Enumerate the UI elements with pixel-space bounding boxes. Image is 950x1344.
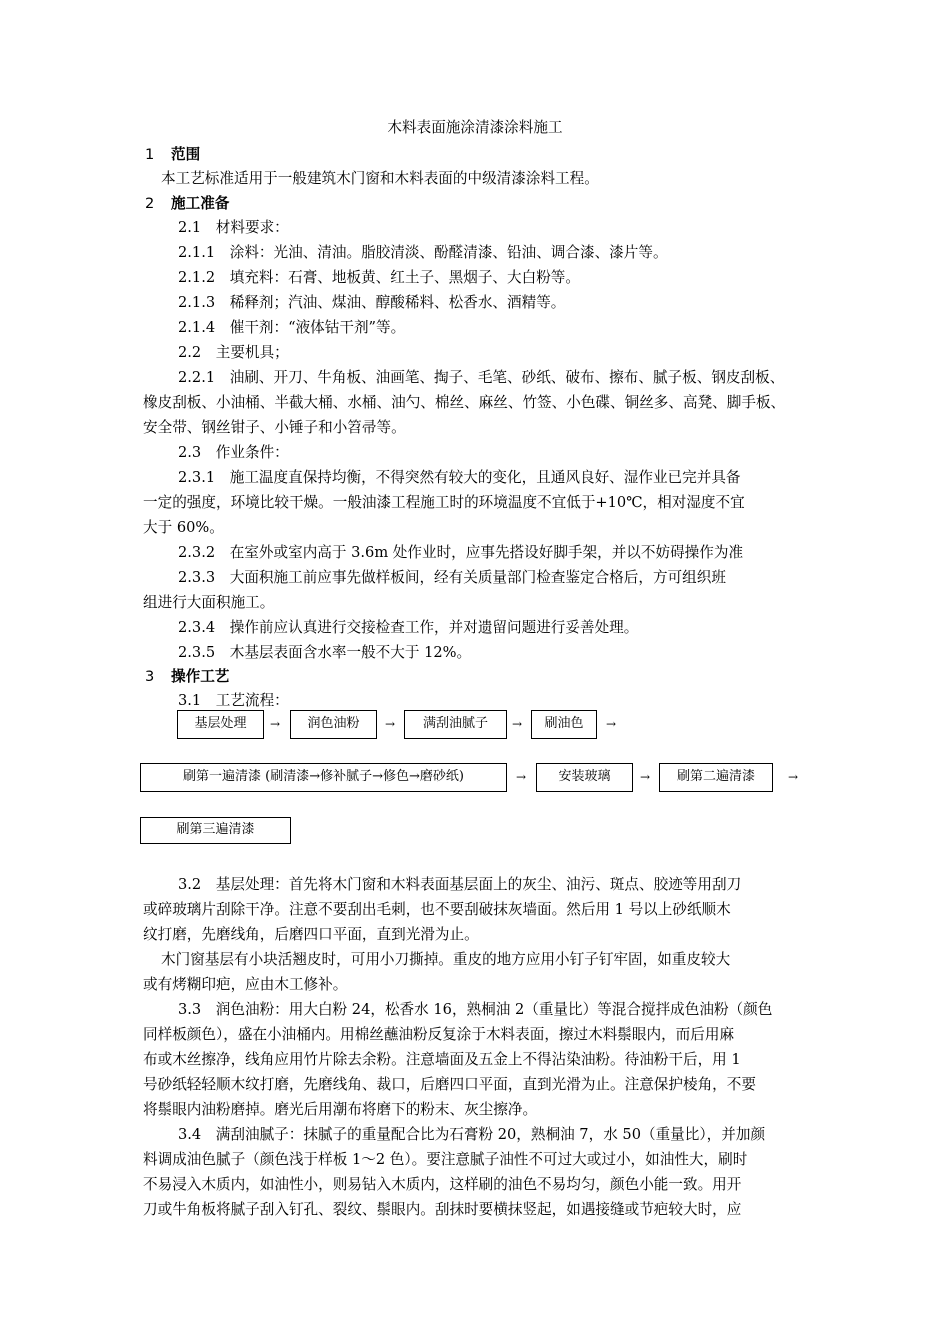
arrow-icon: → bbox=[512, 711, 522, 737]
flow-step-oil-color: 刷油色 bbox=[531, 710, 597, 739]
list-item: 2.1.1 涂料：光油、清油。脂胶清淡、酚醛清漆、铅油、调合漆、漆片等。 bbox=[178, 243, 668, 263]
paragraph-line: 安全带、钢丝钳子、小锤子和小笤帚等。 bbox=[143, 418, 406, 438]
paragraph-line: 布或木丝擦净，线角应用竹片除去余粉。注意墙面及五金上不得沾染油粉。待油粉干后，用… bbox=[143, 1050, 741, 1070]
list-item: 2.1.3 稀释剂；汽油、煤油、醇酸稀料、松香水、酒精等。 bbox=[178, 293, 565, 313]
paragraph-line: 2.2.1 油刷、开刀、牛角板、油画笔、掏子、毛笔、砂纸、破布、擦布、腻子板、钢… bbox=[178, 368, 784, 388]
paragraph-line: 橡皮刮板、小油桶、半截大桶、水桶、油勺、棉丝、麻丝、竹签、小色碟、铜丝多、高凳、… bbox=[143, 393, 785, 413]
flow-step-oil-powder: 润色油粉 bbox=[290, 710, 377, 739]
list-item: 2.3.4 操作前应认真进行交接检查工作，并对遗留问题进行妥善处理。 bbox=[178, 618, 638, 638]
flow-step-base-treatment: 基层处理 bbox=[177, 710, 264, 739]
arrow-icon: → bbox=[385, 711, 395, 737]
list-item: 2.1.4 催干剂：“液体钴干剂”等。 bbox=[178, 318, 405, 338]
paragraph-line: 同样板颜色），盛在小油桶内。用棉丝蘸油粉反复涂于木料表面，擦过木料鬃眼内，而后用… bbox=[143, 1025, 734, 1045]
flow-step-third-varnish: 刷第三遍清漆 bbox=[140, 817, 291, 844]
flow-step-first-varnish: 刷第一遍清漆 (刷清漆→修补腻子→修色→磨砂纸) bbox=[140, 763, 507, 792]
flow-step-install-glass: 安装玻璃 bbox=[536, 763, 633, 792]
paragraph: 本工艺标准适用于一般建筑木门窗和木料表面的中级清漆涂料工程。 bbox=[161, 169, 599, 189]
paragraph-line: 大于 60%。 bbox=[143, 518, 224, 538]
subheading: 3.1 工艺流程： bbox=[178, 691, 289, 711]
paragraph-line: 号砂纸轻轻顺木纹打磨，先磨线角、裁口，后磨四口平面，直到光滑为止。注意保护棱角，… bbox=[143, 1075, 756, 1095]
document-title: 木料表面施涂清漆涂料施工 bbox=[0, 118, 950, 138]
flow-step-putty: 满刮油腻子 bbox=[404, 710, 507, 739]
subheading: 2.3 作业条件： bbox=[178, 443, 289, 463]
section-2-heading: 2施工准备 bbox=[145, 194, 229, 214]
section-1-heading: 1范围 bbox=[145, 145, 200, 165]
paragraph-line: 3.4 满刮油腻子：抹腻子的重量配合比为石膏粉 20，熟桐油 7，水 50（重量… bbox=[178, 1125, 765, 1145]
paragraph-line: 组进行大面积施工。 bbox=[143, 593, 274, 613]
arrow-icon: → bbox=[270, 711, 280, 737]
section-title: 范围 bbox=[171, 146, 200, 163]
list-item: 2.3.5 木基层表面含水率一般不大于 12%。 bbox=[178, 643, 471, 663]
section-title: 施工准备 bbox=[171, 195, 229, 212]
subheading: 2.1 材料要求： bbox=[178, 218, 289, 238]
section-number: 2 bbox=[145, 194, 171, 214]
section-number: 1 bbox=[145, 145, 171, 165]
paragraph-line: 纹打磨，先磨线角，后磨四口平面，直到光滑为止。 bbox=[143, 925, 479, 945]
subheading: 2.2 主要机具； bbox=[178, 343, 289, 363]
paragraph-line: 2.3.1 施工温度直保持均衡，不得突然有较大的变化，且通风良好、湿作业已完并具… bbox=[178, 468, 741, 488]
paragraph-line: 或有烤糊印疤，应由木工修补。 bbox=[143, 975, 347, 995]
arrow-icon: → bbox=[640, 764, 650, 790]
flow-step-second-varnish: 刷第二遍清漆 bbox=[659, 763, 773, 792]
paragraph-line: 将鬃眼内油粉磨掉。磨光后用潮布将磨下的粉末、灰尘擦净。 bbox=[143, 1100, 537, 1120]
paragraph-line: 或碎玻璃片刮除干净。注意不要刮出毛刺，也不要刮破抹灰墙面。然后用 1 号以上砂纸… bbox=[143, 900, 731, 920]
arrow-icon: → bbox=[606, 711, 616, 737]
paragraph-line: 3.2 基层处理：首先将木门窗和木料表面基层面上的灰尘、油污、斑点、胶迹等用刮刀 bbox=[178, 875, 741, 895]
paragraph-line: 一定的强度，环境比较干燥。一般油漆工程施工时的环境温度不宜低于+10℃，相对湿度… bbox=[143, 493, 745, 513]
section-3-heading: 3操作工艺 bbox=[145, 667, 229, 687]
paragraph-line: 料调成油色腻子（颜色浅于样板 1～2 色）。要注意腻子油性不可过大或过小，如油性… bbox=[143, 1150, 747, 1170]
paragraph-line: 木门窗基层有小块活翘皮时，可用小刀撕掉。重皮的地方应用小钉子钉牢固，如重皮较大 bbox=[161, 950, 730, 970]
paragraph-line: 不易浸入木质内，如油性小，则易钻入木质内，这样刷的油色不易均匀，颜色小能一致。用… bbox=[143, 1175, 741, 1195]
paragraph-line: 2.3.3 大面积施工前应事先做样板间，经有关质量部门检查鉴定合格后，方可组织班 bbox=[178, 568, 726, 588]
arrow-icon: → bbox=[788, 764, 798, 790]
arrow-icon: → bbox=[516, 764, 526, 790]
section-title: 操作工艺 bbox=[171, 668, 229, 685]
paragraph-line: 3.3 润色油粉：用大白粉 24，松香水 16，熟桐油 2（重量比）等混合搅拌成… bbox=[178, 1000, 772, 1020]
list-item: 2.1.2 填充料：石膏、地板黄、红土子、黑烟子、大白粉等。 bbox=[178, 268, 580, 288]
document-page: 木料表面施涂清漆涂料施工 1范围 本工艺标准适用于一般建筑木门窗和木料表面的中级… bbox=[0, 0, 950, 1344]
list-item: 2.3.2 在室外或室内高于 3.6m 处作业时，应事先搭设好脚手架，并以不妨碍… bbox=[178, 543, 743, 563]
paragraph-line: 刀或牛角板将腻子刮入钉孔、裂纹、鬃眼内。刮抹时要横抹竖起，如遇接缝或节疤较大时，… bbox=[143, 1200, 741, 1220]
section-number: 3 bbox=[145, 667, 171, 687]
